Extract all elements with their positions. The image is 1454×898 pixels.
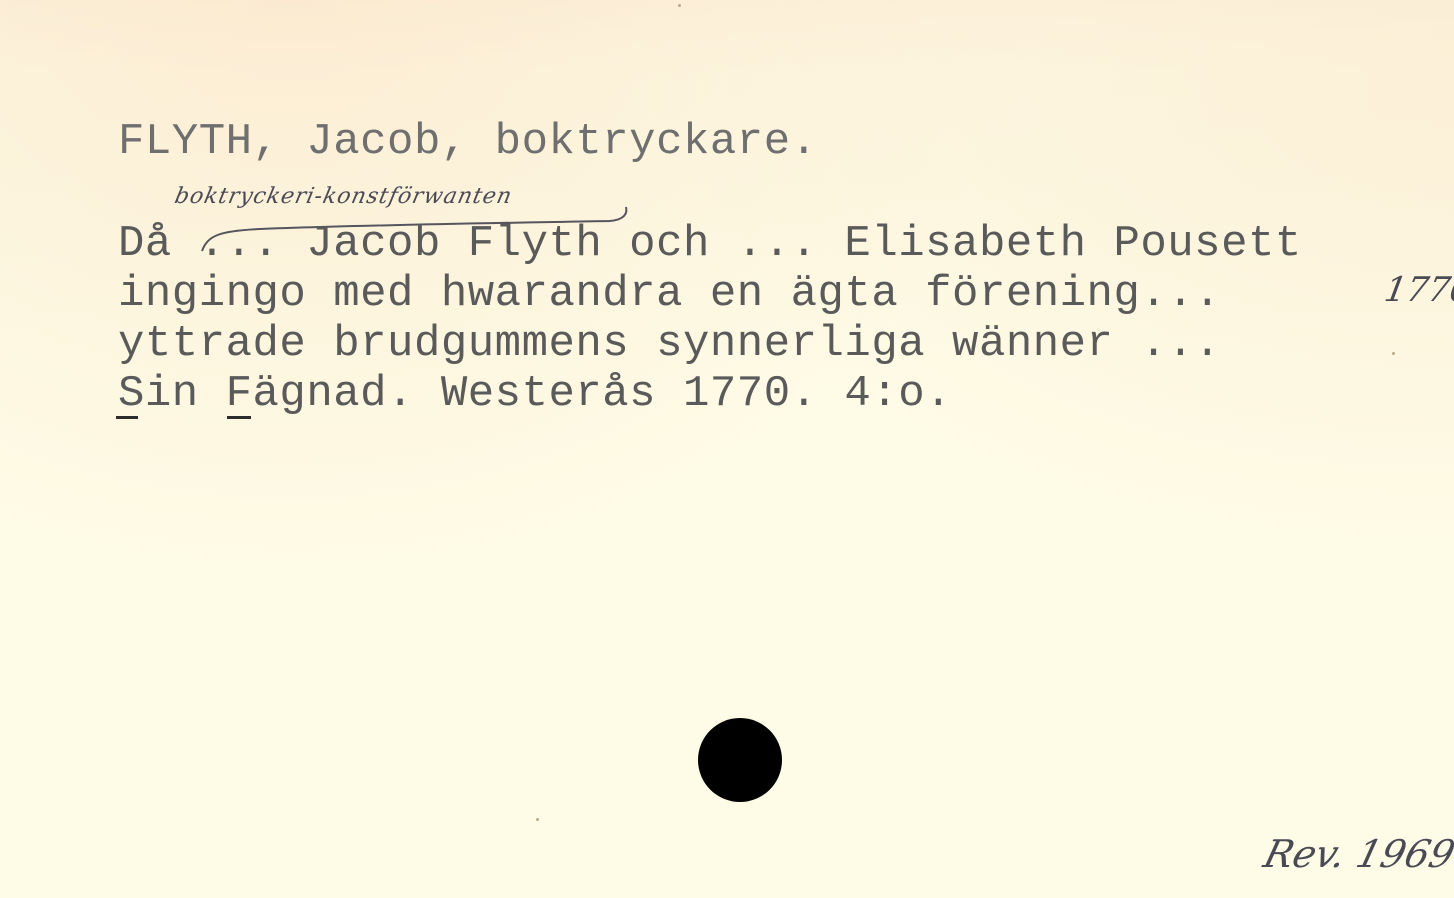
body-line-1: Då ... Jacob Flyth och ... Elisabeth Pou…	[118, 220, 1302, 268]
body-line-3: yttrade brudgummens synnerliga wänner ..…	[118, 320, 1221, 368]
body-line-2: ingingo med hwarandra en ägta förening..…	[118, 270, 1221, 318]
card-heading: FLYTH, Jacob, boktryckare.	[118, 118, 818, 166]
underline-mark	[116, 416, 138, 419]
catalog-card: FLYTH, Jacob, boktryckare. boktryckeri-k…	[0, 0, 1454, 898]
paper-speck	[536, 818, 539, 821]
underline-mark	[227, 416, 251, 419]
body-line-4: Sin Fägnad. Westerås 1770. 4:o.	[118, 370, 952, 418]
handwritten-year: 1770,	[1381, 270, 1454, 310]
paper-speck	[678, 4, 681, 7]
handwritten-annotation: boktryckeri-konstförwanten	[172, 184, 514, 209]
revision-note: Rev. 1969	[1260, 832, 1454, 876]
paper-speck	[1392, 352, 1395, 355]
punch-hole	[698, 718, 782, 802]
